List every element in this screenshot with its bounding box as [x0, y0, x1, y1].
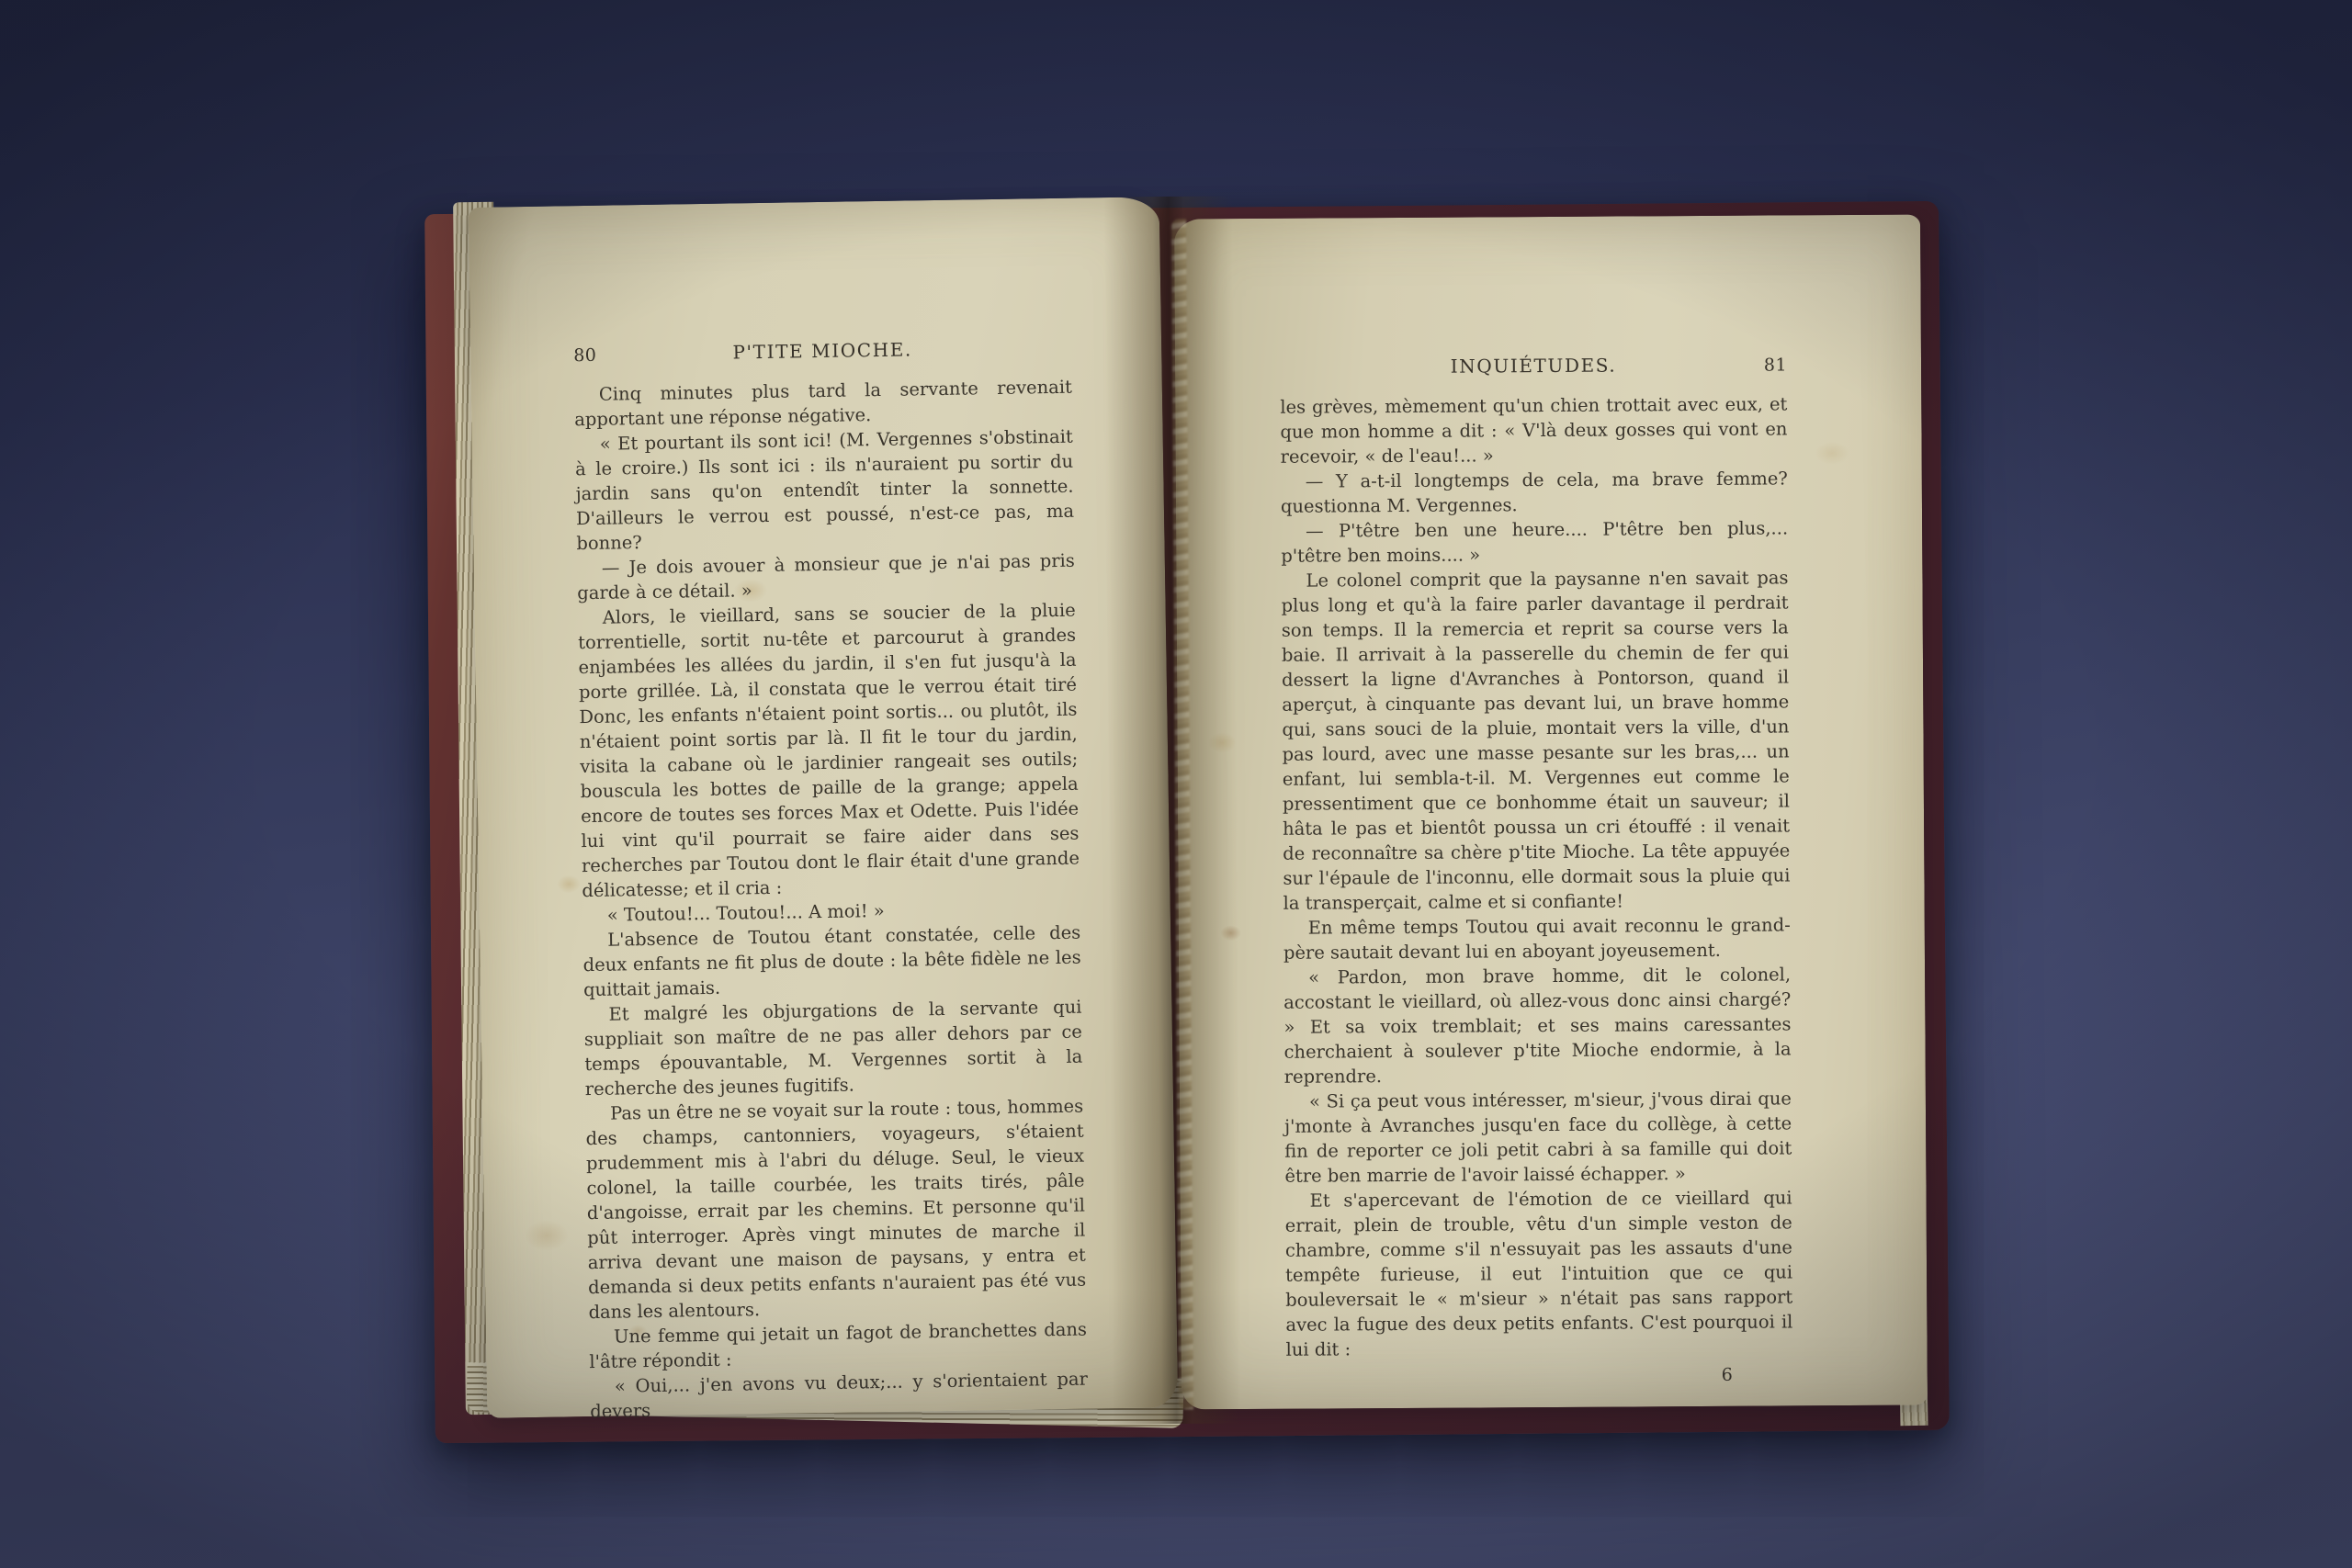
right-running-title: INQUIÉTUDES.	[1344, 354, 1723, 378]
paragraph: En même temps Toutou qui avait reconnu l…	[1283, 912, 1791, 964]
paragraph: « Oui,... j'en avons vu deux;... y s'ori…	[590, 1367, 1089, 1425]
paragraph: « Si ça peut vous intéresser, m'sieur, j…	[1284, 1086, 1792, 1188]
paragraph: « Et pourtant ils sont ici! (M. Vergenne…	[575, 424, 1075, 556]
left-running-title: P'TITE MIOCHE.	[638, 337, 1007, 365]
paragraph: — P'têtre ben une heure.... P'têtre ben …	[1281, 515, 1788, 568]
left-page: 80 P'TITE MIOCHE. Cinq minutes plus tard…	[469, 197, 1179, 1418]
paragraph: Et malgré les objurgations de la servant…	[583, 995, 1083, 1102]
right-page-text: les grèves, mèmement qu'un chien trottai…	[1280, 391, 1792, 1361]
paragraph: Pas un être ne se voyait sur la route : …	[585, 1094, 1087, 1325]
right-page-number: 81	[1723, 355, 1787, 375]
right-page-header: INQUIÉTUDES. 81	[1280, 353, 1787, 378]
photo-backdrop: 80 P'TITE MIOCHE. Cinq minutes plus tard…	[0, 0, 2352, 1568]
paragraph: — Je dois avouer à monsieur que je n'ai …	[577, 548, 1076, 606]
signature-mark: 6	[1286, 1364, 1793, 1387]
paragraph: Le colonel comprit que la paysanne n'en …	[1281, 565, 1790, 915]
paragraph: « Pardon, mon brave homme, dit le colone…	[1283, 962, 1792, 1089]
left-page-header: 80 P'TITE MIOCHE.	[573, 336, 1071, 367]
left-page-text: Cinq minutes plus tard la servante reven…	[574, 375, 1089, 1424]
paragraph: les grèves, mèmement qu'un chien trottai…	[1280, 391, 1787, 468]
left-page-number: 80	[573, 344, 638, 366]
paragraph: Alors, le vieillard, sans se soucier de …	[578, 598, 1080, 903]
paragraph: — Y a-t-il longtemps de cela, ma brave f…	[1281, 466, 1788, 518]
paragraph: Et s'apercevant de l'émotion de ce vieil…	[1284, 1185, 1792, 1361]
paragraph: Une femme qui jetait un fagot de branche…	[589, 1317, 1088, 1375]
right-page: INQUIÉTUDES. 81 les grèves, mèmement qu'…	[1174, 215, 1928, 1410]
paragraph: Cinq minutes plus tard la servante reven…	[574, 375, 1073, 433]
paragraph: L'absence de Toutou étant constatée, cel…	[582, 920, 1081, 1003]
